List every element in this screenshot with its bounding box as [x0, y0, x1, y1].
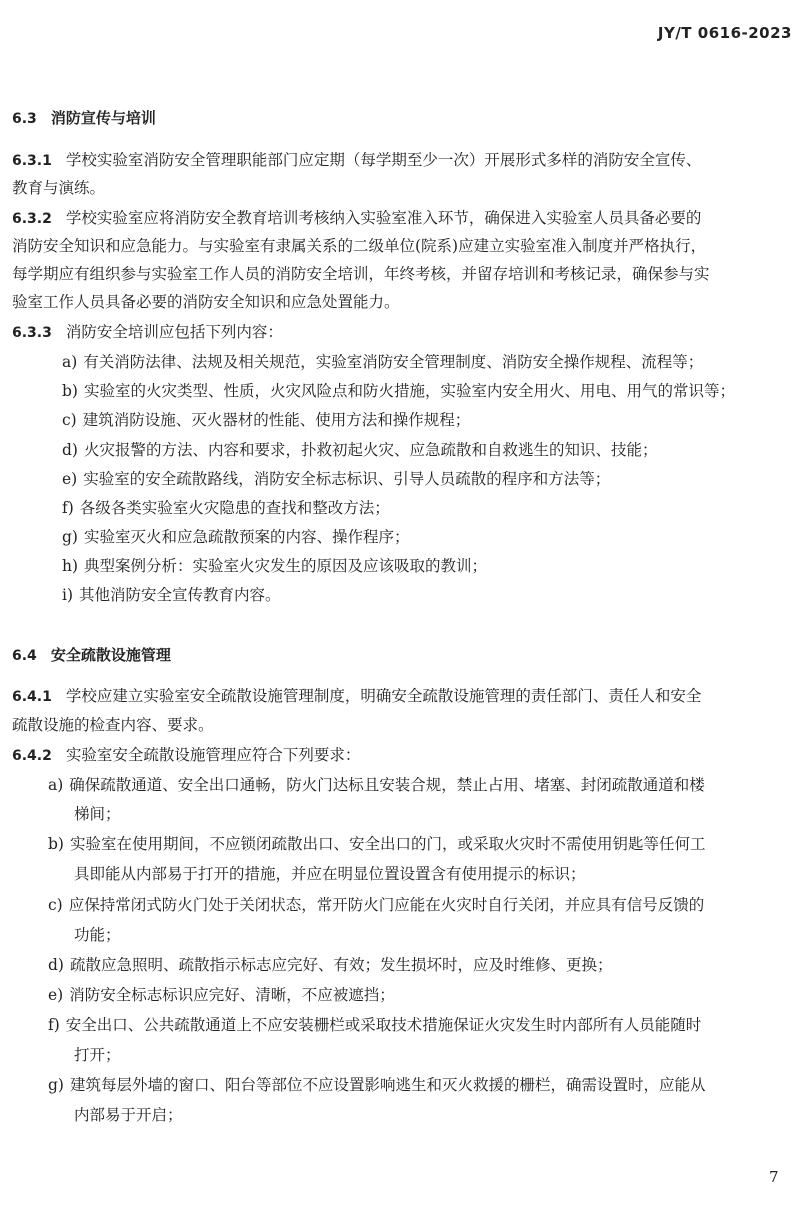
- list-text: 典型案例分析：实验室火灾发生的原因及应该吸取的教训；: [84, 557, 487, 575]
- clause-6-3-2-line1: 6.3.2学校实验室应将消防安全教育培训考核纳入实验室准入环节，确保进入实验室人…: [12, 208, 701, 229]
- list-text: 建筑每层外墙的窗口、阳台等部位不应设置影响逃生和灭火救援的栅栏，确需设置时，应能…: [70, 1076, 706, 1094]
- list-label: h): [62, 557, 78, 575]
- clause-6-3-2-line4: 验室工作人员具备必要的消防安全知识和应急处置能力。: [12, 292, 400, 312]
- list-text: 确保疏散通道、安全出口通畅，防火门达标且安装合规，禁止占用、堵塞、封闭疏散通道和…: [69, 776, 705, 794]
- page-number: 7: [769, 1168, 779, 1186]
- section-heading-6-3: 6.3消防宣传与培训: [12, 108, 156, 129]
- section-heading-6-4: 6.4安全疏散设施管理: [12, 645, 171, 666]
- clause-text: 学校应建立实验室安全疏散设施管理制度，明确安全疏散设施管理的责任部门、责任人和安…: [66, 687, 702, 705]
- req-item-b-line2: 具即能从内部易于打开的措施，并应在明显位置设置含有使用提示的标识；: [74, 864, 586, 884]
- clause-number: 6.4.1: [12, 689, 52, 705]
- list-label: d): [62, 441, 78, 459]
- list-text: 火灾报警的方法、内容和要求，扑救初起火灾、应急疏散和自救逃生的知识、技能；: [84, 441, 658, 459]
- list-text: 其他消防安全宣传教育内容。: [79, 586, 281, 604]
- clause-number: 6.4.2: [12, 748, 52, 764]
- list-label: b): [48, 835, 64, 853]
- clause-6-3-1-line2: 教育与演练。: [12, 178, 105, 198]
- section-number: 6.3: [12, 111, 37, 127]
- list-label: g): [62, 528, 78, 546]
- req-item-f-line1: f)安全出口、公共疏散通道上不应安装栅栏或采取技术措施保证火灾发生时内部所有人员…: [48, 1015, 701, 1035]
- req-item-c-line2: 功能；: [74, 925, 121, 945]
- list-text: 各级各类实验室火灾隐患的查找和整改方法；: [80, 499, 390, 517]
- list-label: d): [48, 956, 64, 974]
- req-item-e: e)消防安全标志标识应完好、清晰，不应被遮挡；: [48, 985, 395, 1005]
- list-text: 疏散应急照明、疏散指示标志应完好、有效；发生损坏时，应及时维修、更换；: [70, 956, 613, 974]
- list-text: 建筑消防设施、灭火器材的性能、使用方法和操作规程；: [83, 411, 471, 429]
- list-text: 实验室的火灾类型、性质，火灾风险点和防火措施，实验室内安全用火、用电、用气的常识…: [84, 382, 735, 400]
- req-item-g-line1: g)建筑每层外墙的窗口、阳台等部位不应设置影响逃生和灭火救援的栅栏，确需设置时，…: [48, 1075, 706, 1095]
- clause-6-3-1-line1: 6.3.1学校实验室消防安全管理职能部门应定期（每学期至少一次）开展形式多样的消…: [12, 150, 701, 171]
- section-number: 6.4: [12, 648, 37, 664]
- list-label: a): [48, 776, 63, 794]
- header-standard-code: JY/T 0616-2023: [658, 24, 792, 42]
- list-text: 实验室在使用期间，不应锁闭疏散出口、安全出口的门，或采取火灾时不需使用钥匙等任何…: [70, 835, 706, 853]
- list-item-h: h)典型案例分析：实验室火灾发生的原因及应该吸取的教训；: [62, 556, 487, 576]
- list-item-e: e)实验室的安全疏散路线，消防安全标志标识、引导人员疏散的程序和方法等；: [62, 469, 610, 489]
- list-label: c): [62, 411, 77, 429]
- list-text: 有关消防法律、法规及相关规范，实验室消防安全管理制度、消防安全操作规程、流程等；: [83, 353, 703, 371]
- list-text: 安全出口、公共疏散通道上不应安装栅栏或采取技术措施保证火灾发生时内部所有人员能随…: [66, 1016, 702, 1034]
- list-item-g: g)实验室灭火和应急疏散预案的内容、操作程序；: [62, 527, 410, 547]
- clause-text: 实验室安全疏散设施管理应符合下列要求：: [66, 746, 361, 764]
- req-item-b-line1: b)实验室在使用期间，不应锁闭疏散出口、安全出口的门，或采取火灾时不需使用钥匙等…: [48, 834, 706, 854]
- list-label: c): [48, 896, 63, 914]
- clause-number: 6.3.3: [12, 325, 52, 341]
- list-label: i): [62, 586, 73, 604]
- list-text: 实验室的安全疏散路线，消防安全标志标识、引导人员疏散的程序和方法等；: [83, 470, 610, 488]
- clause-6-3-2-line3: 每学期应有组织参与实验室工作人员的消防安全培训，年终考核，并留存培训和考核记录，…: [12, 264, 710, 284]
- clause-6-3-3-intro: 6.3.3消防安全培训应包括下列内容：: [12, 322, 283, 343]
- clause-text: 学校实验室应将消防安全教育培训考核纳入实验室准入环节，确保进入实验室人员具备必要…: [66, 209, 702, 227]
- list-label: b): [62, 382, 78, 400]
- list-label: f): [48, 1016, 60, 1034]
- req-item-f-line2: 打开；: [74, 1045, 121, 1065]
- clause-number: 6.3.1: [12, 153, 52, 169]
- list-label: g): [48, 1076, 64, 1094]
- clause-number: 6.3.2: [12, 211, 52, 227]
- req-item-d: d)疏散应急照明、疏散指示标志应完好、有效；发生损坏时，应及时维修、更换；: [48, 955, 613, 975]
- list-item-d: d)火灾报警的方法、内容和要求，扑救初起火灾、应急疏散和自救逃生的知识、技能；: [62, 440, 658, 460]
- section-title: 安全疏散设施管理: [51, 646, 171, 664]
- section-title: 消防宣传与培训: [51, 109, 156, 127]
- list-label: a): [62, 353, 77, 371]
- clause-6-4-2-intro: 6.4.2实验室安全疏散设施管理应符合下列要求：: [12, 745, 360, 766]
- list-item-b: b)实验室的火灾类型、性质，火灾风险点和防火措施，实验室内安全用火、用电、用气的…: [62, 381, 735, 401]
- list-label: e): [62, 470, 77, 488]
- clause-text: 消防安全培训应包括下列内容：: [66, 323, 283, 341]
- req-item-a-line1: a)确保疏散通道、安全出口通畅，防火门达标且安装合规，禁止占用、堵塞、封闭疏散通…: [48, 775, 705, 795]
- req-item-c-line1: c)应保持常闭式防火门处于关闭状态，常开防火门应能在火灾时自行关闭，并应具有信号…: [48, 895, 704, 915]
- list-item-a: a)有关消防法律、法规及相关规范，实验室消防安全管理制度、消防安全操作规程、流程…: [62, 352, 703, 372]
- clause-text: 学校实验室消防安全管理职能部门应定期（每学期至少一次）开展形式多样的消防安全宣传…: [66, 151, 702, 169]
- list-label: e): [48, 986, 63, 1004]
- req-item-a-line2: 梯间；: [74, 804, 121, 824]
- list-text: 实验室灭火和应急疏散预案的内容、操作程序；: [84, 528, 410, 546]
- list-text: 应保持常闭式防火门处于关闭状态，常开防火门应能在火灾时自行关闭，并应具有信号反馈…: [69, 896, 705, 914]
- clause-6-4-1-line1: 6.4.1学校应建立实验室安全疏散设施管理制度，明确安全疏散设施管理的责任部门、…: [12, 686, 701, 707]
- list-text: 消防安全标志标识应完好、清晰，不应被遮挡；: [69, 986, 395, 1004]
- clause-6-3-2-line2: 消防安全知识和应急能力。与实验室有隶属关系的二级单位(院系)应建立实验室准入制度…: [12, 236, 706, 256]
- list-label: f): [62, 499, 74, 517]
- req-item-g-line2: 内部易于开启；: [74, 1105, 183, 1125]
- list-item-f: f)各级各类实验室火灾隐患的查找和整改方法；: [62, 498, 390, 518]
- list-item-c: c)建筑消防设施、灭火器材的性能、使用方法和操作规程；: [62, 410, 470, 430]
- list-item-i: i)其他消防安全宣传教育内容。: [62, 585, 281, 605]
- clause-6-4-1-line2: 疏散设施的检查内容、要求。: [12, 715, 214, 735]
